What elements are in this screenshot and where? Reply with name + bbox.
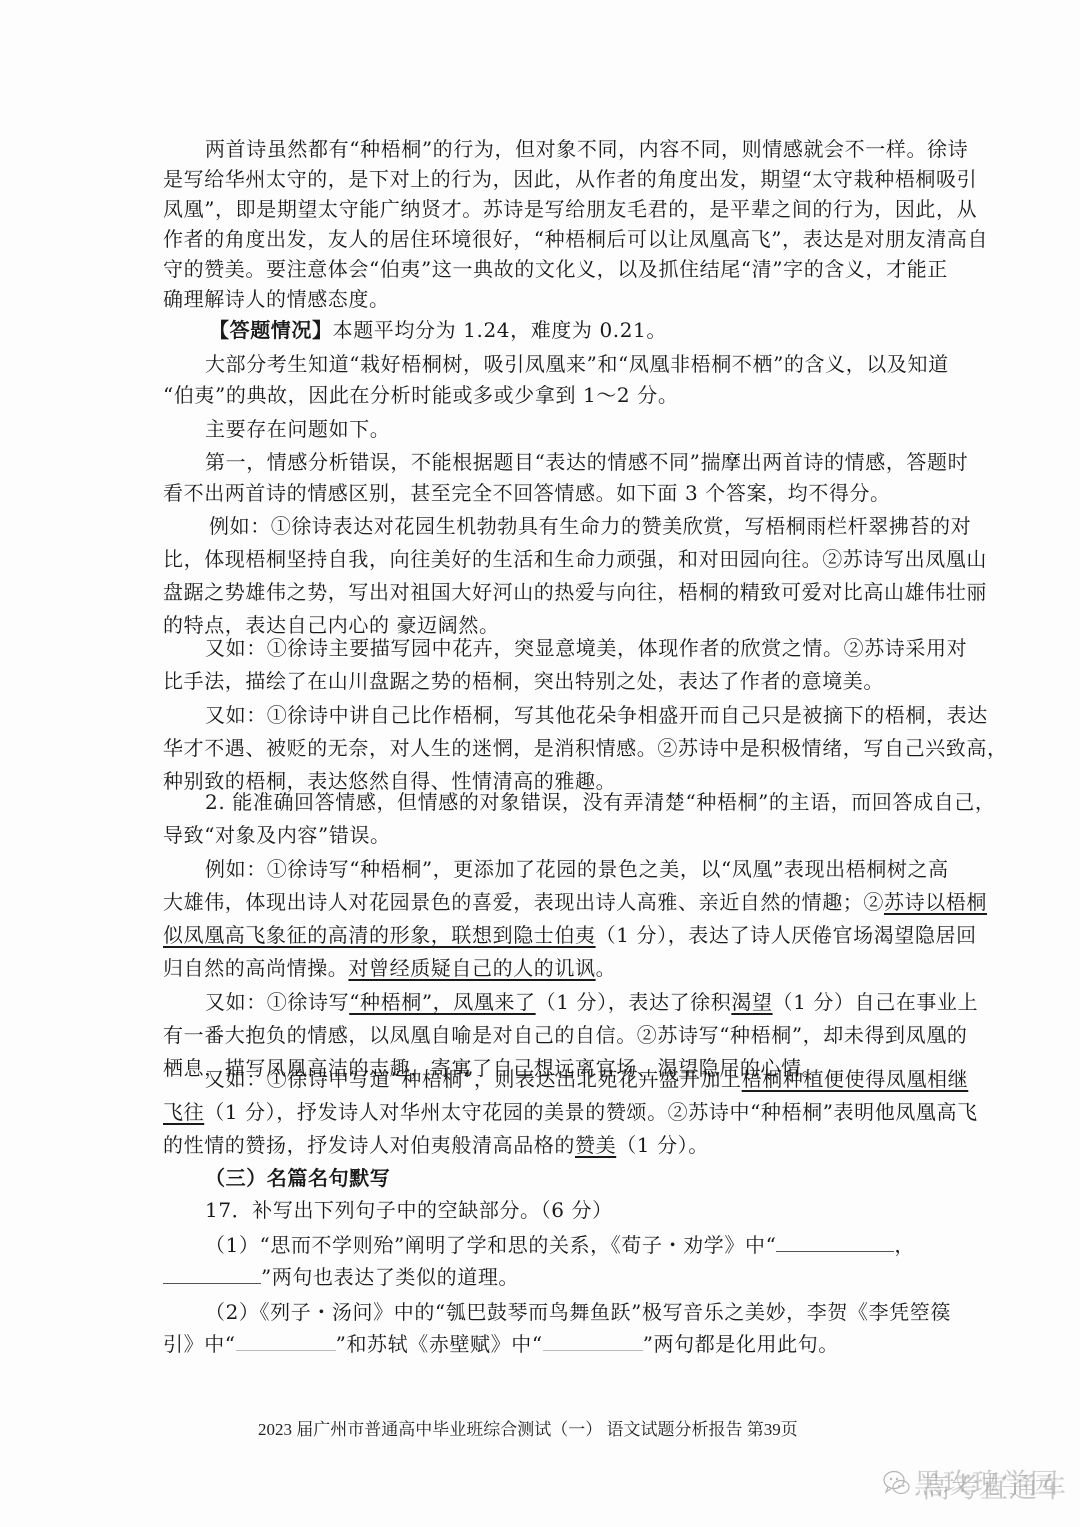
underlined-phrase: 赞美	[575, 1133, 616, 1157]
answer-blank-3	[236, 1332, 336, 1351]
text-segment: “伯夷”的典故，因此在分析时能或多或少拿到 1～2 分。	[163, 383, 678, 407]
text-line: 大部分考生知道“栽好梧桐树，吸引凤凰来”和“凤凰非梧桐不栖”的含义，以及知道	[205, 349, 919, 379]
text-segment: 又如：①徐诗中讲自己比作梧桐，写其他花朵争相盛开而自己只是被摘下的梧桐，表达	[205, 703, 988, 727]
q1-text: （1）“思而不学则殆”阐明了学和思的关系，《荀子・劝学》中“	[205, 1233, 776, 1257]
text-segment: 盘踞之势雄伟之势，写出对祖国大好河山的热爱与向往，梧桐的精致可爱对比高山雄伟壮丽	[163, 580, 987, 604]
text-segment: 有一番大抱负的情感，以凤凰自喻是对自己的自信。②苏诗写“种梧桐”，却未得到凤凰的	[163, 1023, 967, 1047]
document-page: 两首诗虽然都有“种梧桐”的行为，但对象不同，内容不同，则情感就会不一样。徐诗是写…	[0, 0, 1080, 1527]
text-line: 守的赞美。要注意体会“伯夷”这一典故的文化义，以及抓住结尾“清”字的含义，才能正	[163, 254, 919, 284]
text-line: 华才不遇、被贬的无奈，对人生的迷惘，是消积情感。②苏诗中是积极情绪，写自己兴致高…	[163, 733, 919, 763]
watermark: 黑玫瑰学园 高考直通车	[882, 1462, 1072, 1506]
text-line: 主要存在问题如下。	[205, 414, 919, 444]
q2-text-c: ”两句都是化用此句。	[643, 1332, 839, 1356]
text-segment: 第一，情感分析错误，不能根据题目“表达的情感不同”揣摩出两首诗的情感，答题时	[205, 450, 968, 474]
question-17-part-1-line-1: （1）“思而不学则殆”阐明了学和思的关系，《荀子・劝学》中“，	[205, 1230, 919, 1260]
text-line: 飞往（1 分），抒发诗人对华州太守花园的美景的赞颂。②苏诗中“种梧桐”表明他凤凰…	[163, 1097, 919, 1127]
text-segment: 看不出两首诗的情感区别，甚至完全不回答情感。如下面 3 个答案，均不得分。	[163, 481, 891, 505]
underlined-phrase: 飞往	[163, 1100, 204, 1124]
text-line: 有一番大抱负的情感，以凤凰自喻是对自己的自信。②苏诗写“种梧桐”，却未得到凤凰的	[163, 1020, 919, 1050]
question-17-part-1-line-2: ”两句也表达了类似的道理。	[163, 1262, 919, 1292]
text-line: 2. 能准确回答情感，但情感的对象错误，没有弄清楚“种梧桐”的主语，而回答成自己…	[205, 787, 919, 817]
text-line: 是写给华州太守的，是下对上的行为，因此，从作者的角度出发，期望“太守栽种梧桐吸引	[163, 164, 919, 194]
text-segment: 守的赞美。要注意体会“伯夷”这一典故的文化义，以及抓住结尾“清”字的含义，才能正	[163, 257, 948, 281]
wechat-icon	[882, 1468, 912, 1498]
underlined-phrase: 对曾经质疑自己的人的讥讽	[348, 956, 595, 980]
question-17-part-2-line-1: （2）《列子・汤问》中的“瓠巴鼓琴而鸟舞鱼跃”极写音乐之美妙，李贺《李凭箜篌	[205, 1297, 919, 1327]
text-segment: （1 分），表达了诗人厌倦官场渴望隐居回	[596, 923, 977, 947]
text-line: 例如：①徐诗表达对花园生机勃勃具有生命力的赞美欣赏，写梧桐雨栏杆翠拂苔的对	[209, 511, 919, 541]
text-line: 又如：①徐诗主要描写园中花卉，突显意境美，体现作者的欣赏之情。②苏诗采用对	[205, 633, 919, 663]
text-segment: 比手法，描绘了在山川盘踞之势的梧桐，突出特别之处，表达了作者的意境美。	[163, 669, 884, 693]
text-line: 第一，情感分析错误，不能根据题目“表达的情感不同”揣摩出两首诗的情感，答题时	[205, 447, 919, 477]
answer-blank-4	[543, 1332, 643, 1351]
text-segment: 大雄伟，体现出诗人对花园景色的喜爱，表现出诗人高雅、亲近自然的情趣；②	[163, 890, 884, 914]
text-segment: 导致“对象及内容”错误。	[163, 823, 391, 847]
text-segment: 的性情的赞扬，抒发诗人对伯夷般清高品格的	[163, 1133, 575, 1157]
text-segment: 例如：①徐诗表达对花园生机勃勃具有生命力的赞美欣赏，写梧桐雨栏杆翠拂苔的对	[209, 514, 971, 538]
text-segment: 又如：①徐诗主要描写园中花卉，突显意境美，体现作者的欣赏之情。②苏诗采用对	[205, 636, 967, 660]
q2-text-b: ”和苏轼《赤壁赋》中“	[336, 1332, 543, 1356]
text-line: 比手法，描绘了在山川盘踞之势的梧桐，突出特别之处，表达了作者的意境美。	[163, 666, 919, 696]
page-footer: 2023 届广州市普通高中毕业班综合测试（一） 语文试题分析报告 第39页	[258, 1418, 798, 1442]
text-line: 盘踞之势雄伟之势，写出对祖国大好河山的热爱与向往，梧桐的精致可爱对比高山雄伟壮丽	[163, 577, 919, 607]
text-line: 又如：①徐诗中讲自己比作梧桐，写其他花朵争相盛开而自己只是被摘下的梧桐，表达	[205, 700, 919, 730]
question-17: 17．补写出下列句子中的空缺部分。（6 分）	[205, 1195, 919, 1225]
text-line: 大雄伟，体现出诗人对花园景色的喜爱，表现出诗人高雅、亲近自然的情趣；②苏诗以梧桐	[163, 887, 919, 917]
text-segment: 确理解诗人的情感态度。	[163, 287, 390, 311]
text-segment: 本题平均分为 1.24，难度为 0.21。	[333, 318, 667, 342]
watermark-text-b: 高考直通车	[922, 1470, 1067, 1506]
underlined-phrase: 似凤凰高飞象征的高清的形象，联想到隐士伯夷	[163, 923, 596, 947]
q1-comma: ，	[894, 1233, 915, 1257]
text-line: 凤凰”，即是期望太守能广纳贤才。苏诗是写给朋友毛君的，是平辈之间的行为，因此，从	[163, 194, 919, 224]
underlined-phrase: 苏诗以梧桐	[884, 890, 987, 914]
answer-blank-1	[776, 1233, 894, 1252]
text-line: 似凤凰高飞象征的高清的形象，联想到隐士伯夷（1 分），表达了诗人厌倦官场渴望隐居…	[163, 920, 919, 950]
text-segment: 又如：①徐诗写	[205, 990, 349, 1014]
text-line: 比，体现梧桐坚持自我，向往美好的生活和生命力顽强，和对田园向往。②苏诗写出凤凰山	[163, 544, 919, 574]
text-line: 两首诗虽然都有“种梧桐”的行为，但对象不同，内容不同，则情感就会不一样。徐诗	[205, 134, 919, 164]
underlined-phrase: “种梧桐”，凤凰来了	[349, 990, 535, 1014]
text-segment: 比，体现梧桐坚持自我，向往美好的生活和生命力顽强，和对田园向往。②苏诗写出凤凰山	[163, 547, 987, 571]
text-segment: 华才不遇、被贬的无奈，对人生的迷惘，是消积情感。②苏诗中是积极情绪，写自己兴致高…	[163, 736, 1008, 760]
q2-text-a: 引》中“	[163, 1332, 236, 1356]
text-line: 又如：①徐诗中写道“种梧桐”，则表达出北苑花卉盛开加上梧桐种植便使得凤凰相继	[205, 1064, 919, 1094]
underlined-phrase: 梧桐种植便使得凤凰相继	[742, 1067, 969, 1091]
text-segment: 2. 能准确回答情感，但情感的对象错误，没有弄清楚“种梧桐”的主语，而回答成自己…	[205, 790, 996, 814]
text-segment: 又如：①徐诗中写道“种梧桐”，则表达出北苑花卉盛开加上	[205, 1067, 742, 1091]
text-line: 又如：①徐诗写“种梧桐”，凤凰来了（1 分），表达了徐积渴望（1 分）自己在事业…	[205, 987, 919, 1017]
text-line: 看不出两首诗的情感区别，甚至完全不回答情感。如下面 3 个答案，均不得分。	[163, 478, 919, 508]
text-segment: 大部分考生知道“栽好梧桐树，吸引凤凰来”和“凤凰非梧桐不栖”的含义，以及知道	[205, 352, 949, 376]
text-segment: 例如：①徐诗写“种梧桐”，更添加了花园的景色之美，以“凤凰”表现出梧桐树之高	[205, 857, 949, 881]
bold-label: 【答题情况】	[209, 318, 333, 342]
text-segment: （1 分）自己在事业上	[773, 990, 979, 1014]
text-segment: 主要存在问题如下。	[205, 417, 390, 441]
text-segment: （1 分），表达了徐积	[536, 990, 732, 1014]
text-segment: 是写给华州太守的，是下对上的行为，因此，从作者的角度出发，期望“太守栽种梧桐吸引	[163, 167, 977, 191]
text-line: 例如：①徐诗写“种梧桐”，更添加了花园的景色之美，以“凤凰”表现出梧桐树之高	[205, 854, 919, 884]
answer-blank-2	[163, 1265, 261, 1284]
question-17-part-2-line-2: 引》中“”和苏轼《赤壁赋》中“”两句都是化用此句。	[163, 1329, 919, 1359]
text-segment: （1 分），抒发诗人对华州太守花园的美景的赞颂。②苏诗中“种梧桐”表明他凤凰高飞	[204, 1100, 978, 1124]
section-heading: （三）名篇名句默写	[205, 1163, 919, 1193]
text-line: “伯夷”的典故，因此在分析时能或多或少拿到 1～2 分。	[163, 380, 919, 410]
text-segment: 两首诗虽然都有“种梧桐”的行为，但对象不同，内容不同，则情感就会不一样。徐诗	[205, 137, 968, 161]
text-segment: 归自然的高尚情操。	[163, 956, 348, 980]
text-segment: 作者的角度出发，友人的居住环境很好，“种梧桐后可以让凤凰高飞”，表达是对朋友清高…	[163, 227, 988, 251]
text-line: 导致“对象及内容”错误。	[163, 820, 919, 850]
q1-end-text: ”两句也表达了类似的道理。	[261, 1265, 519, 1289]
text-line: 确理解诗人的情感态度。	[163, 284, 919, 314]
text-line: 作者的角度出发，友人的居住环境很好，“种梧桐后可以让凤凰高飞”，表达是对朋友清高…	[163, 224, 919, 254]
text-segment: 。	[596, 956, 617, 980]
text-line: 的性情的赞扬，抒发诗人对伯夷般清高品格的赞美（1 分）。	[163, 1130, 919, 1160]
text-segment: （1 分）。	[616, 1133, 709, 1157]
text-segment: 凤凰”，即是期望太守能广纳贤才。苏诗是写给朋友毛君的，是平辈之间的行为，因此，从	[163, 197, 977, 221]
text-line: 【答题情况】本题平均分为 1.24，难度为 0.21。	[209, 315, 919, 345]
text-line: 归自然的高尚情操。对曾经质疑自己的人的讥讽。	[163, 953, 919, 983]
underlined-phrase: 渴望	[731, 990, 772, 1014]
